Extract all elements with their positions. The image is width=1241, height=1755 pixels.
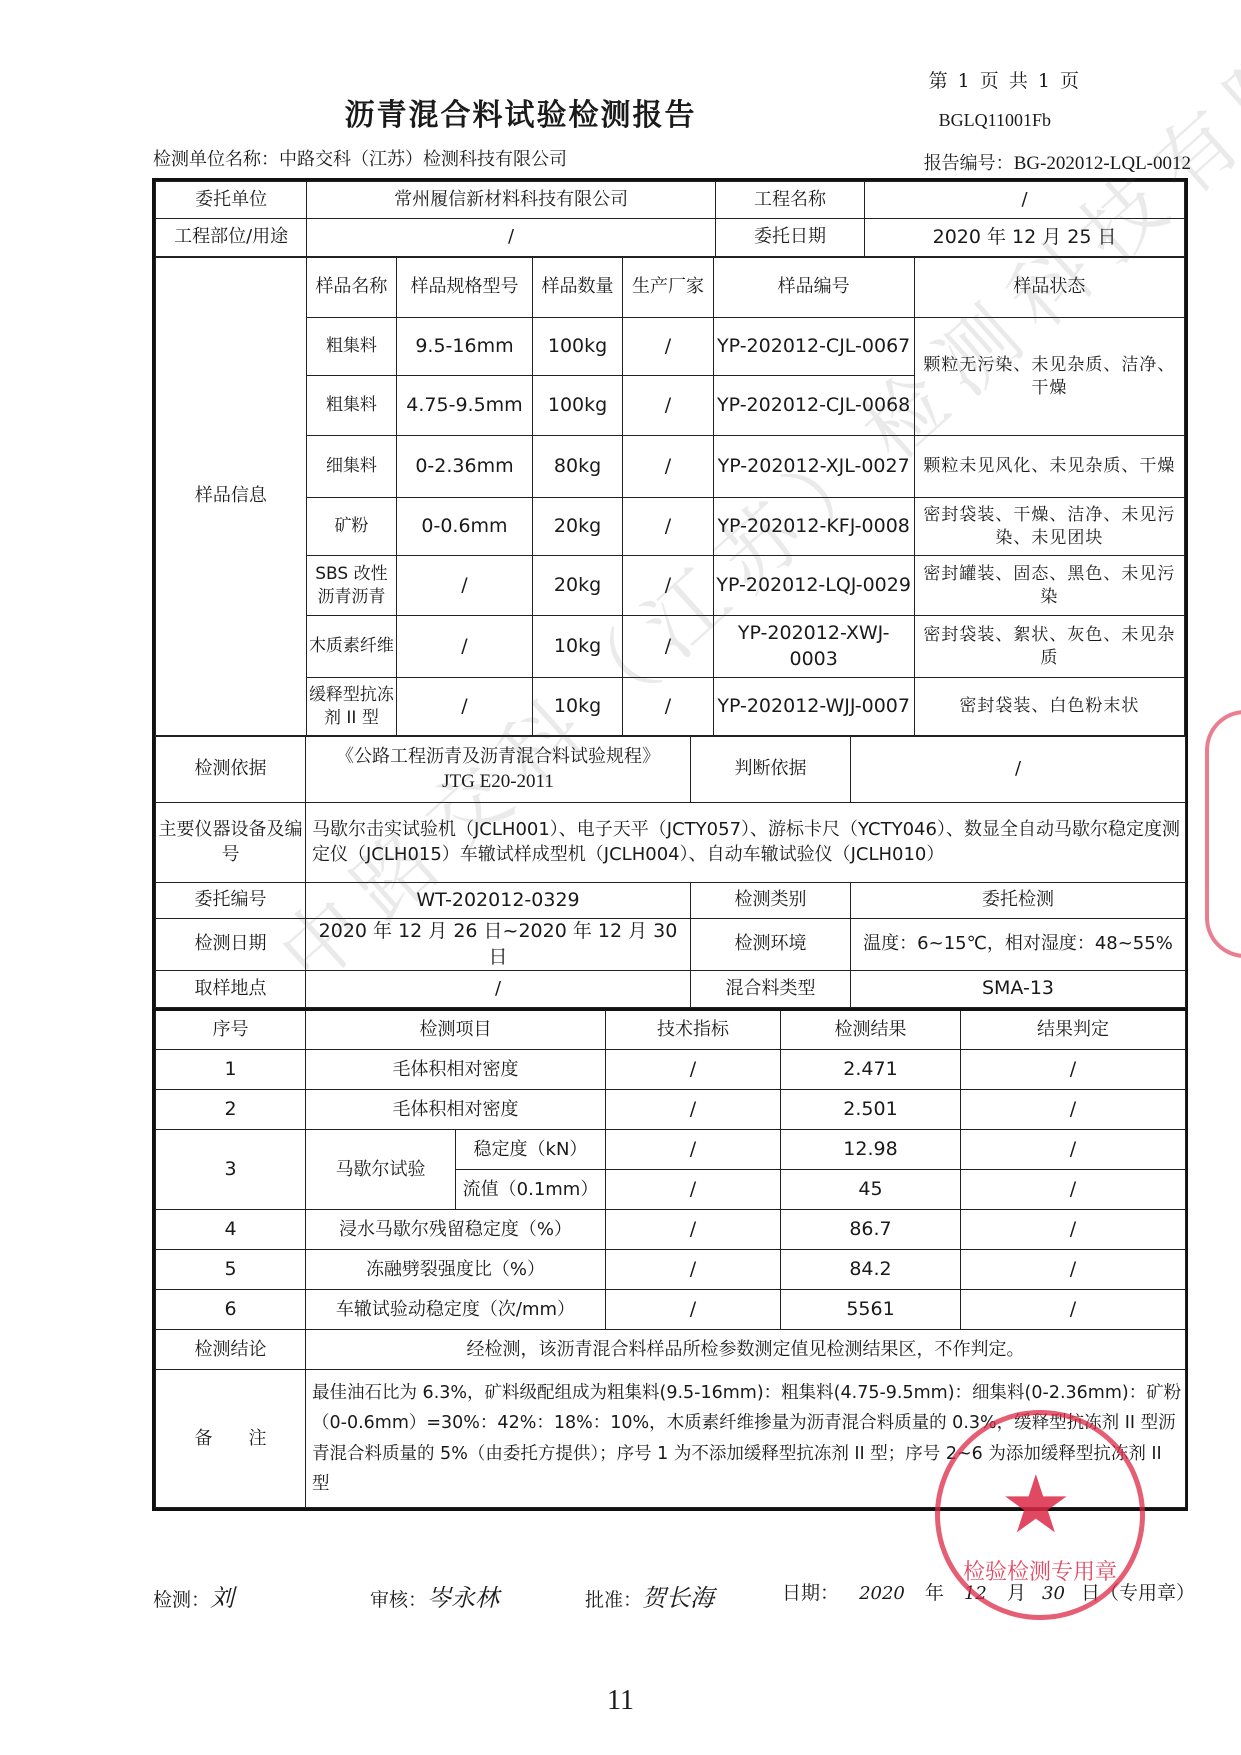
result-row: 6 车辙试验动稳定度（次/mm） / 5561 / bbox=[156, 1290, 1186, 1330]
result-row: 4 浸水马歇尔残留稳定度（%） / 86.7 / bbox=[156, 1210, 1186, 1250]
sampling-place-value: / bbox=[306, 971, 691, 1008]
report-number: 报告编号：BG-202012-LQL-0012 bbox=[924, 149, 1191, 175]
star-icon: ★ bbox=[1000, 1465, 1072, 1545]
report-table: 委托单位 常州履信新材料科技有限公司 工程名称 / 工程部位/用途 / 委托日期… bbox=[152, 178, 1188, 1511]
testing-unit-label: 检测单位名称： bbox=[153, 149, 279, 170]
result-row: 3 马歇尔试验 稳定度（kN） / 12.98 / bbox=[156, 1130, 1186, 1170]
sample-row: 缓释型抗冻剂 II 型 / 10kg / YP-202012-WJJ-0007 … bbox=[156, 678, 1185, 736]
col-header-id: 样品编号 bbox=[713, 258, 914, 318]
result-row: 5 冻融劈裂强度比（%） / 84.2 / bbox=[156, 1250, 1186, 1290]
tester-sig: 刘 bbox=[210, 1584, 234, 1612]
tester-signature: 检测：刘 bbox=[153, 1578, 234, 1613]
commission-date-value: 2020 年 12 月 25 日 bbox=[865, 219, 1185, 257]
stamp-text: 检验检测专用章 bbox=[950, 1555, 1130, 1586]
remarks-label: 备 注 bbox=[156, 1370, 306, 1508]
project-name-label: 工程名称 bbox=[715, 182, 864, 219]
commission-date-label: 委托日期 bbox=[715, 219, 864, 257]
environment-value: 温度：6~15℃，相对湿度：48~55% bbox=[851, 919, 1186, 971]
conclusion-label: 检测结论 bbox=[156, 1330, 306, 1370]
result-row: 2 毛体积相对密度 / 2.501 / bbox=[156, 1090, 1186, 1130]
client-label: 委托单位 bbox=[156, 182, 307, 219]
approver-signature: 批准：贺长海 bbox=[585, 1578, 714, 1613]
commission-no-value: WT-202012-0329 bbox=[306, 883, 691, 919]
environment-label: 检测环境 bbox=[691, 919, 851, 971]
approver-sig: 贺长海 bbox=[642, 1584, 714, 1612]
testing-unit-value: 中路交科（江苏）检测科技有限公司 bbox=[279, 149, 567, 170]
col-header-name: 样品名称 bbox=[306, 258, 396, 318]
report-number-label: 报告编号： bbox=[924, 153, 1014, 174]
side-stamp-fragment bbox=[1205, 710, 1241, 958]
page-info: 第 1 页 共 1 页 bbox=[929, 66, 1081, 93]
judge-basis-value: / bbox=[851, 737, 1186, 803]
sample-row: 粗集料 9.5-16mm 100kg / YP-202012-CJL-0067 … bbox=[156, 318, 1185, 376]
test-date-value: 2020 年 12 月 26 日~2020 年 12 月 30 日 bbox=[306, 919, 691, 971]
page-number: 11 bbox=[0, 1685, 1241, 1717]
result-row: 1 毛体积相对密度 / 2.471 / bbox=[156, 1050, 1186, 1090]
equipment-value: 马歇尔击实试验机（JCLH001）、电子天平（JCTY057）、游标卡尺（YCT… bbox=[306, 803, 1186, 883]
col-header-maker: 生产厂家 bbox=[623, 258, 713, 318]
results-header-spec: 技术指标 bbox=[606, 1010, 781, 1050]
results-header-no: 序号 bbox=[156, 1010, 306, 1050]
equipment-label: 主要仪器设备及编号 bbox=[156, 803, 306, 883]
results-header-item: 检测项目 bbox=[306, 1010, 606, 1050]
project-name-value: / bbox=[865, 182, 1185, 219]
project-part-label: 工程部位/用途 bbox=[156, 219, 307, 257]
col-header-status: 样品状态 bbox=[914, 258, 1184, 318]
test-type-value: 委托检测 bbox=[851, 883, 1186, 919]
report-title: 沥青混合料试验检测报告 bbox=[0, 90, 1241, 134]
reviewer-signature: 审核：岑永林 bbox=[370, 1578, 499, 1613]
sample-row: 细集料 0-2.36mm 80kg / YP-202012-XJL-0027 颗… bbox=[156, 436, 1185, 498]
samples-table: 样品信息 样品名称 样品规格型号 样品数量 生产厂家 样品编号 样品状态 粗集料… bbox=[155, 257, 1185, 736]
report-number-value: BG-202012-LQL-0012 bbox=[1014, 153, 1191, 174]
results-header-judge: 结果判定 bbox=[961, 1010, 1186, 1050]
samples-section-label: 样品信息 bbox=[156, 258, 307, 736]
basis-value: 《公路工程沥青及沥青混合料试验规程》 JTG E20-2011 bbox=[306, 737, 691, 803]
sample-row: SBS 改性沥青沥青 / 20kg / YP-202012-LQJ-0029 密… bbox=[156, 556, 1185, 616]
test-type-label: 检测类别 bbox=[691, 883, 851, 919]
commission-no-label: 委托编号 bbox=[156, 883, 306, 919]
judge-basis-label: 判断依据 bbox=[691, 737, 851, 803]
testing-unit: 检测单位名称：中路交科（江苏）检测科技有限公司 bbox=[153, 145, 567, 171]
info-table: 委托单位 常州履信新材料科技有限公司 工程名称 / 工程部位/用途 / 委托日期… bbox=[155, 181, 1185, 257]
sample-row: 木质素纤维 / 10kg / YP-202012-XWJ-0003 密封袋装、絮… bbox=[156, 616, 1185, 678]
col-header-spec: 样品规格型号 bbox=[397, 258, 533, 318]
results-header-result: 检测结果 bbox=[781, 1010, 961, 1050]
col-header-qty: 样品数量 bbox=[532, 258, 622, 318]
mix-type-label: 混合料类型 bbox=[691, 971, 851, 1008]
client-value: 常州履信新材料科技有限公司 bbox=[307, 182, 716, 219]
official-stamp: ★ 检验检测专用章 bbox=[935, 1410, 1145, 1620]
project-part-value: / bbox=[307, 219, 716, 257]
sampling-place-label: 取样地点 bbox=[156, 971, 306, 1008]
basis-label: 检测依据 bbox=[156, 737, 306, 803]
mix-type-value: SMA-13 bbox=[851, 971, 1186, 1008]
reviewer-sig: 岑永林 bbox=[427, 1584, 499, 1612]
sample-row: 矿粉 0-0.6mm 20kg / YP-202012-KFJ-0008 密封袋… bbox=[156, 498, 1185, 556]
conclusion-value: 经检测，该沥青混合料样品所检参数测定值见检测结果区，不作判定。 bbox=[306, 1330, 1186, 1370]
basis-table: 检测依据 《公路工程沥青及沥青混合料试验规程》 JTG E20-2011 判断依… bbox=[155, 736, 1186, 1008]
test-date-label: 检测日期 bbox=[156, 919, 306, 971]
